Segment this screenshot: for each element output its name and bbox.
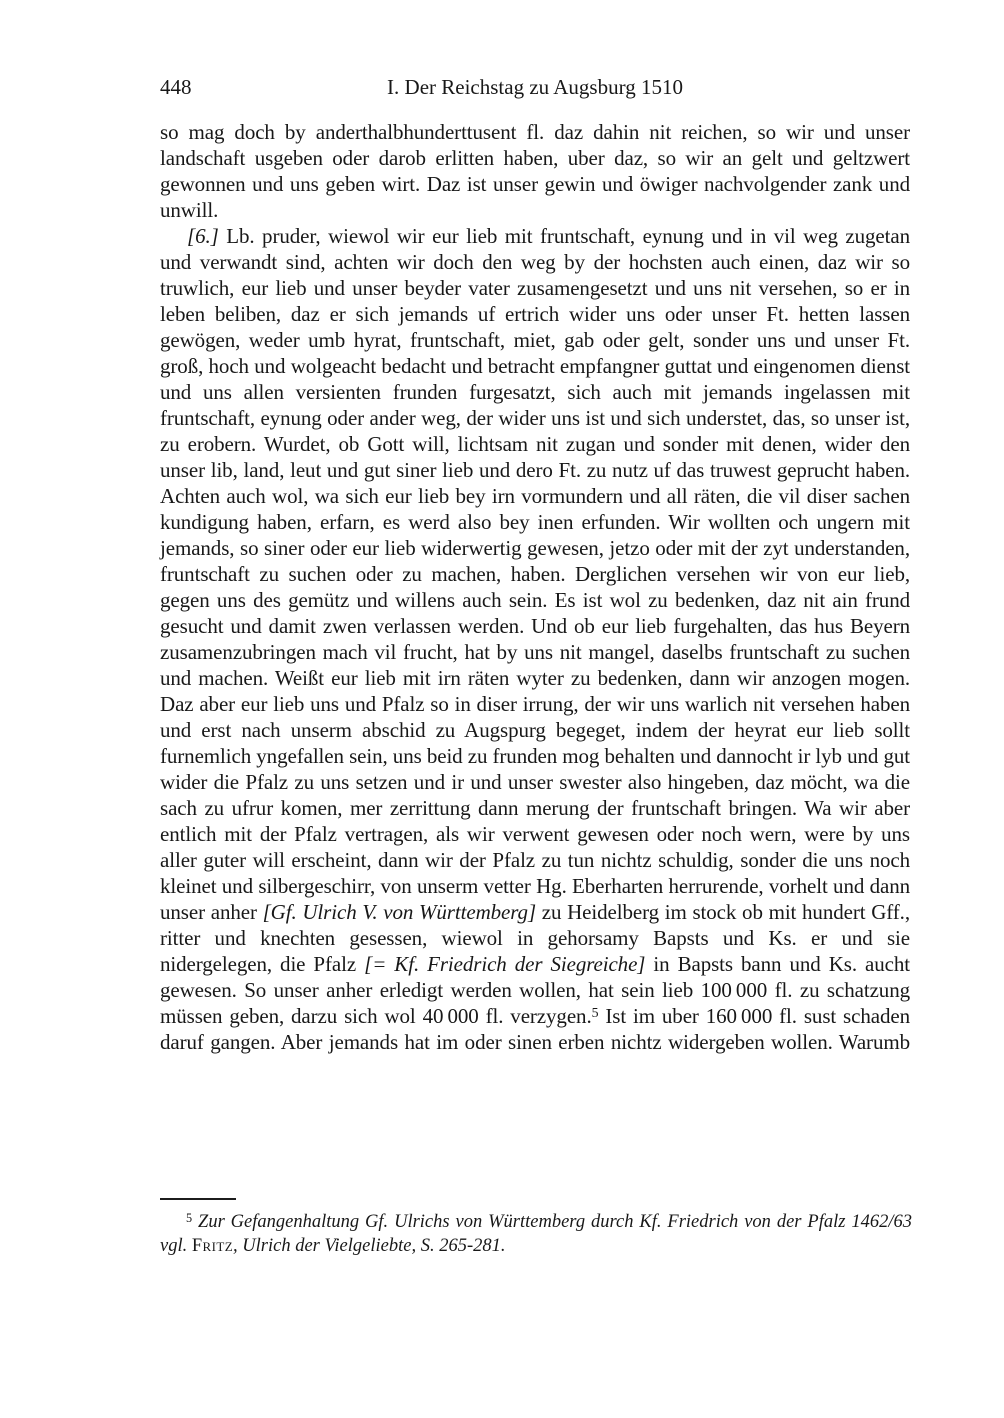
- paragraph-continued: so mag doch by anderthalbhunderttusent f…: [160, 119, 910, 223]
- text-segment: [Gf. Ulrich V. von Württemberg]: [263, 900, 536, 924]
- paragraph-6: [6.] Lb. pruder, wiewol wir eur lieb mit…: [160, 223, 910, 1055]
- text-segment: Fritz: [192, 1236, 233, 1256]
- text-segment: so mag doch by anderthalbhunderttusent f…: [160, 120, 910, 222]
- text-segment: [6.]: [187, 224, 226, 248]
- text-segment: , Ulrich der Vielgeliebte, S. 265-281.: [233, 1236, 505, 1256]
- body-text: so mag doch by anderthalbhunderttusent f…: [160, 119, 910, 1055]
- footnote-5: 5 Zur Gefangenhaltung Gf. Ulrichs von Wü…: [160, 1210, 912, 1258]
- footnote-rule: [160, 1198, 236, 1200]
- running-title: I. Der Reichstag zu Augsburg 1510: [160, 74, 910, 100]
- text-segment: 5: [592, 1005, 599, 1020]
- text-segment: Lb. pruder, wiewol wir eur lieb mit frun…: [160, 224, 910, 924]
- text-segment: 5: [186, 1211, 192, 1225]
- book-page: 448 I. Der Reichstag zu Augsburg 1510 so…: [0, 0, 1004, 1418]
- page-header: 448 I. Der Reichstag zu Augsburg 1510: [160, 74, 910, 104]
- text-segment: [= Kf. Friedrich der Siegreiche]: [364, 952, 645, 976]
- footnote-section: 5 Zur Gefangenhaltung Gf. Ulrichs von Wü…: [160, 1198, 912, 1258]
